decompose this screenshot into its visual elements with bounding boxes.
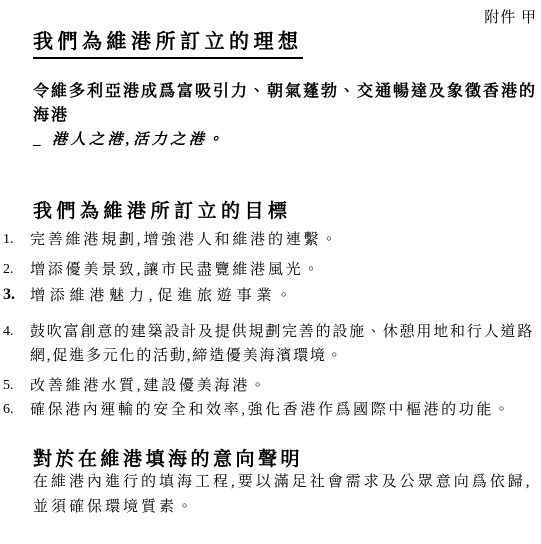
vision-statement: 令維多利亞港成爲富吸引力、朝氣蓬勃、交通暢達及象徵香港的海港 — [33, 80, 539, 128]
goal-item-5: 5. 改善維港水質,建設優美海港。 — [0, 374, 541, 398]
goal-text: 增添維港魅力,促進旅遊事業。 — [30, 284, 538, 308]
motto-dash: _ — [33, 132, 44, 148]
goal-item-6: 6. 確保港內運輸的安全和效率,強化香港作爲國際中樞港的功能。 — [0, 398, 541, 422]
goal-item-1: 1. 完善維港規劃,增強港人和維港的連繫。 — [0, 228, 541, 252]
goal-text: 確保港內運輸的安全和效率,強化香港作爲國際中樞港的功能。 — [30, 398, 538, 422]
goal-item-4: 4. 鼓吹富創意的建築設計及提供規劃完善的設施、休憩用地和行人道路網,促進多元化… — [0, 320, 541, 368]
goal-item-2: 2. 增添優美景致,讓市民盡覽維港風光。 — [0, 258, 541, 282]
motto-text: 港人之港,活力之港。 — [52, 132, 226, 148]
goals-heading: 我們為維港所訂立的目標 — [33, 196, 292, 223]
goal-text: 鼓吹富創意的建築設計及提供規劃完善的設施、休憩用地和行人道路網,促進多元化的活動… — [30, 320, 538, 368]
goal-number: 4. — [3, 324, 14, 340]
goal-number: 1. — [3, 232, 14, 248]
reclamation-heading: 對於在維港填海的意向聲明 — [33, 444, 303, 471]
goal-item-3: 3. 增添維港魅力,促進旅遊事業。 — [0, 284, 541, 308]
goal-number: 6. — [3, 402, 14, 418]
goal-number: 2. — [3, 262, 14, 278]
vision-heading: 我們為維港所訂立的理想 — [33, 25, 303, 59]
reclamation-statement: 在維港內進行的填海工程,要以滿足社會需求及公眾意向爲依歸,並須確保環境質素。 — [33, 470, 533, 520]
goal-text: 增添優美景致,讓市民盡覽維港風光。 — [30, 258, 538, 282]
attachment-label: 附件 甲 — [484, 6, 537, 27]
vision-motto: _港人之港,活力之港。 — [33, 128, 226, 149]
goal-text: 改善維港水質,建設優美海港。 — [30, 374, 538, 398]
goal-number: 3. — [3, 286, 15, 304]
goal-text: 完善維港規劃,增強港人和維港的連繫。 — [30, 228, 538, 252]
goal-number: 5. — [3, 378, 14, 394]
document-page: 附件 甲 我們為維港所訂立的理想 令維多利亞港成爲富吸引力、朝氣蓬勃、交通暢達及… — [0, 0, 541, 544]
